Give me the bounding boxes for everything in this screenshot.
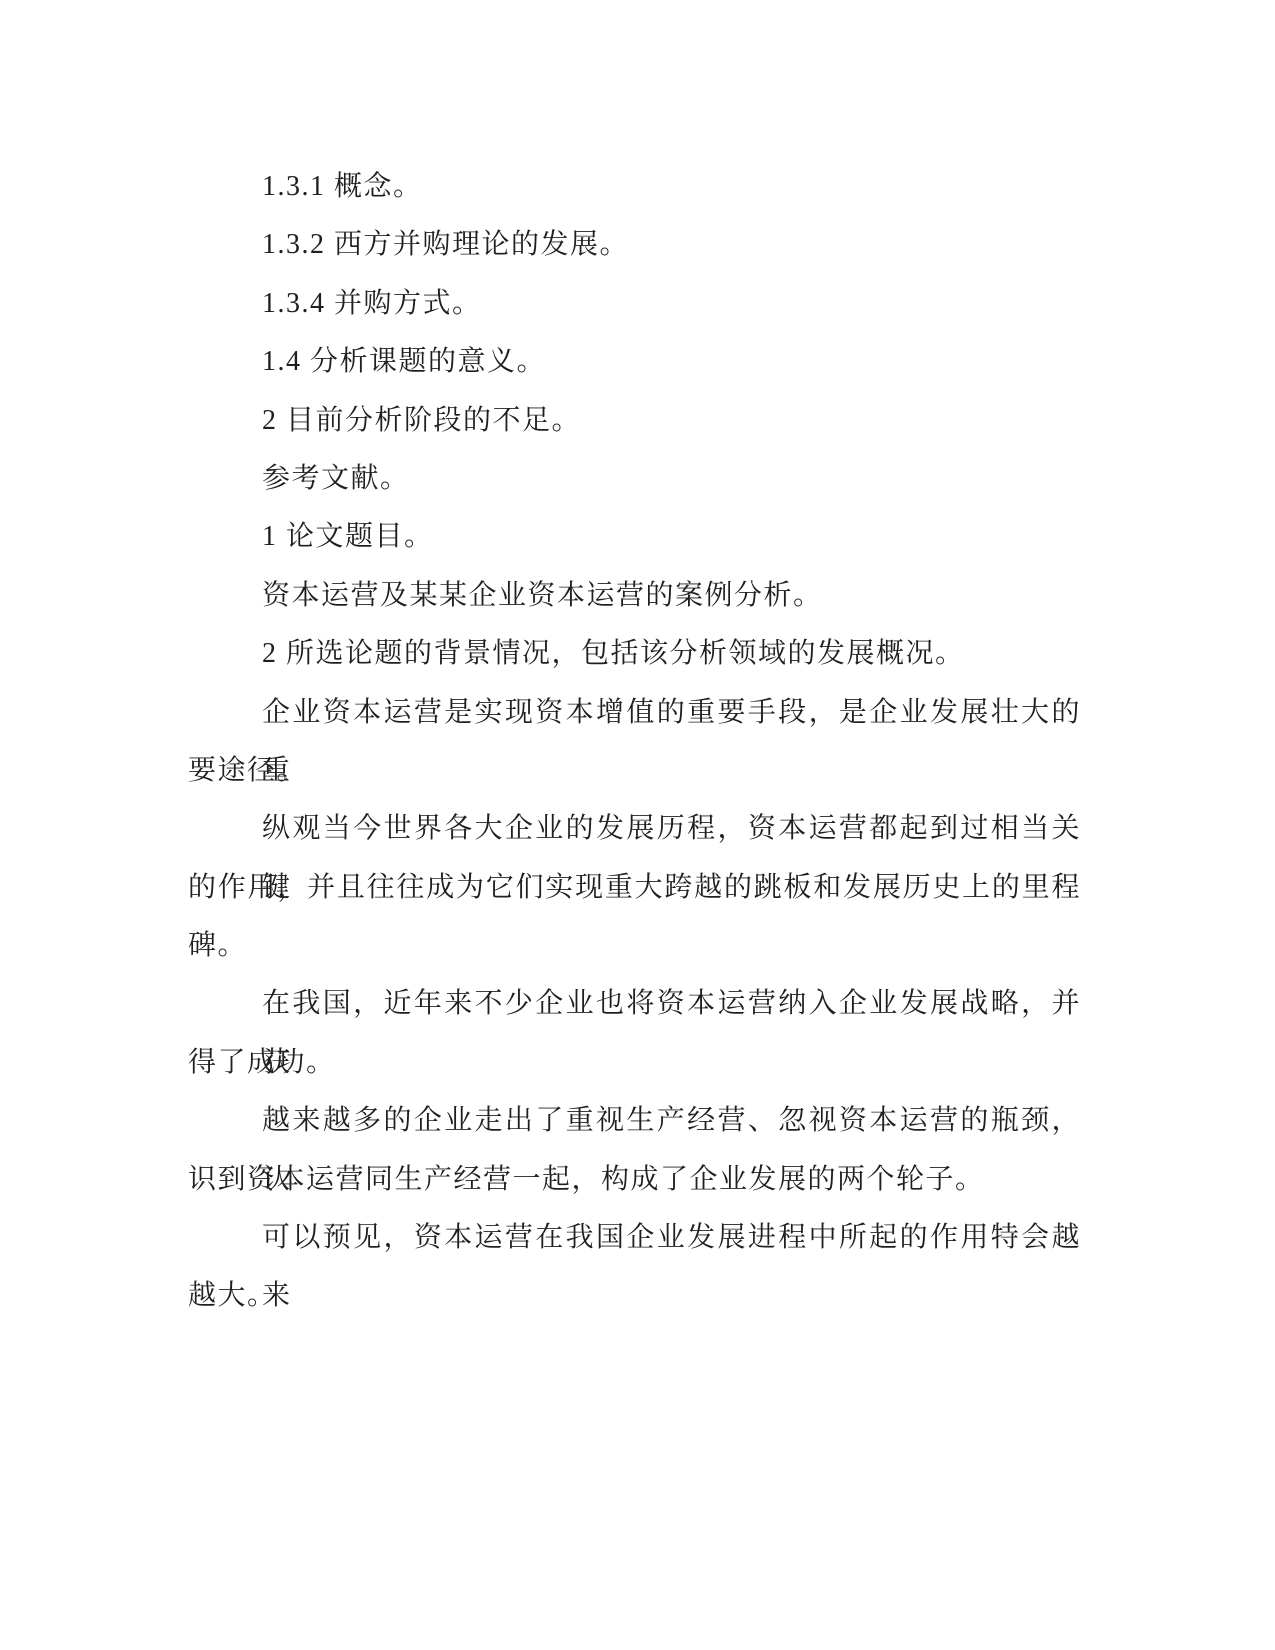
paragraph: 可以预见，资本运营在我国企业发展进程中所起的作用特会越来越大。 <box>188 1209 1081 1326</box>
text-line: 越大。 <box>188 1267 1081 1325</box>
text-line: 1.3.2 西方并购理论的发展。 <box>188 216 1081 274</box>
paragraph: 1.3.1 概念。 <box>188 158 1081 216</box>
paragraph: 1.4 分析课题的意义。 <box>188 333 1081 391</box>
text-line: 参考文献。 <box>188 450 1081 508</box>
text-line: 越来越多的企业走出了重视生产经营、忽视资本运营的瓶颈，认 <box>188 1092 1081 1150</box>
paragraph: 纵观当今世界各大企业的发展历程，资本运营都起到过相当关键的作用，并且往往成为它们… <box>188 800 1081 975</box>
text-line: 识到资本运营同生产经营一起，构成了企业发展的两个轮子。 <box>188 1151 1081 1209</box>
paragraph: 在我国，近年来不少企业也将资本运营纳入企业发展战略，并获得了成功。 <box>188 975 1081 1092</box>
document-page: 1.3.1 概念。1.3.2 西方并购理论的发展。1.3.4 并购方式。1.4 … <box>0 0 1275 1650</box>
text-line: 1.4 分析课题的意义。 <box>188 333 1081 391</box>
paragraph: 1 论文题目。 <box>188 508 1081 566</box>
text-line: 纵观当今世界各大企业的发展历程，资本运营都起到过相当关键 <box>188 800 1081 858</box>
paragraph: 资本运营及某某企业资本运营的案例分析。 <box>188 567 1081 625</box>
paragraph: 参考文献。 <box>188 450 1081 508</box>
paragraph: 企业资本运营是实现资本增值的重要手段，是企业发展壮大的重要途径。 <box>188 684 1081 801</box>
text-line: 要途径。 <box>188 742 1081 800</box>
text-line: 的作用，并且往往成为它们实现重大跨越的跳板和发展历史上的里程 <box>188 859 1081 917</box>
paragraph: 1.3.4 并购方式。 <box>188 275 1081 333</box>
text-line: 资本运营及某某企业资本运营的案例分析。 <box>188 567 1081 625</box>
text-line: 可以预见，资本运营在我国企业发展进程中所起的作用特会越来 <box>188 1209 1081 1267</box>
text-line: 2 所选论题的背景情况，包括该分析领域的发展概况。 <box>188 625 1081 683</box>
paragraph: 越来越多的企业走出了重视生产经营、忽视资本运营的瓶颈，认识到资本运营同生产经营一… <box>188 1092 1081 1209</box>
text-line: 1.3.1 概念。 <box>188 158 1081 216</box>
text-line: 1.3.4 并购方式。 <box>188 275 1081 333</box>
text-line: 1 论文题目。 <box>188 508 1081 566</box>
text-line: 在我国，近年来不少企业也将资本运营纳入企业发展战略，并获 <box>188 975 1081 1033</box>
paragraph: 1.3.2 西方并购理论的发展。 <box>188 216 1081 274</box>
text-content: 1.3.1 概念。1.3.2 西方并购理论的发展。1.3.4 并购方式。1.4 … <box>188 158 1081 1326</box>
text-line: 得了成功。 <box>188 1034 1081 1092</box>
text-line: 2 目前分析阶段的不足。 <box>188 392 1081 450</box>
paragraph: 2 目前分析阶段的不足。 <box>188 392 1081 450</box>
text-line: 碑。 <box>188 917 1081 975</box>
paragraph: 2 所选论题的背景情况，包括该分析领域的发展概况。 <box>188 625 1081 683</box>
text-line: 企业资本运营是实现资本增值的重要手段，是企业发展壮大的重 <box>188 684 1081 742</box>
